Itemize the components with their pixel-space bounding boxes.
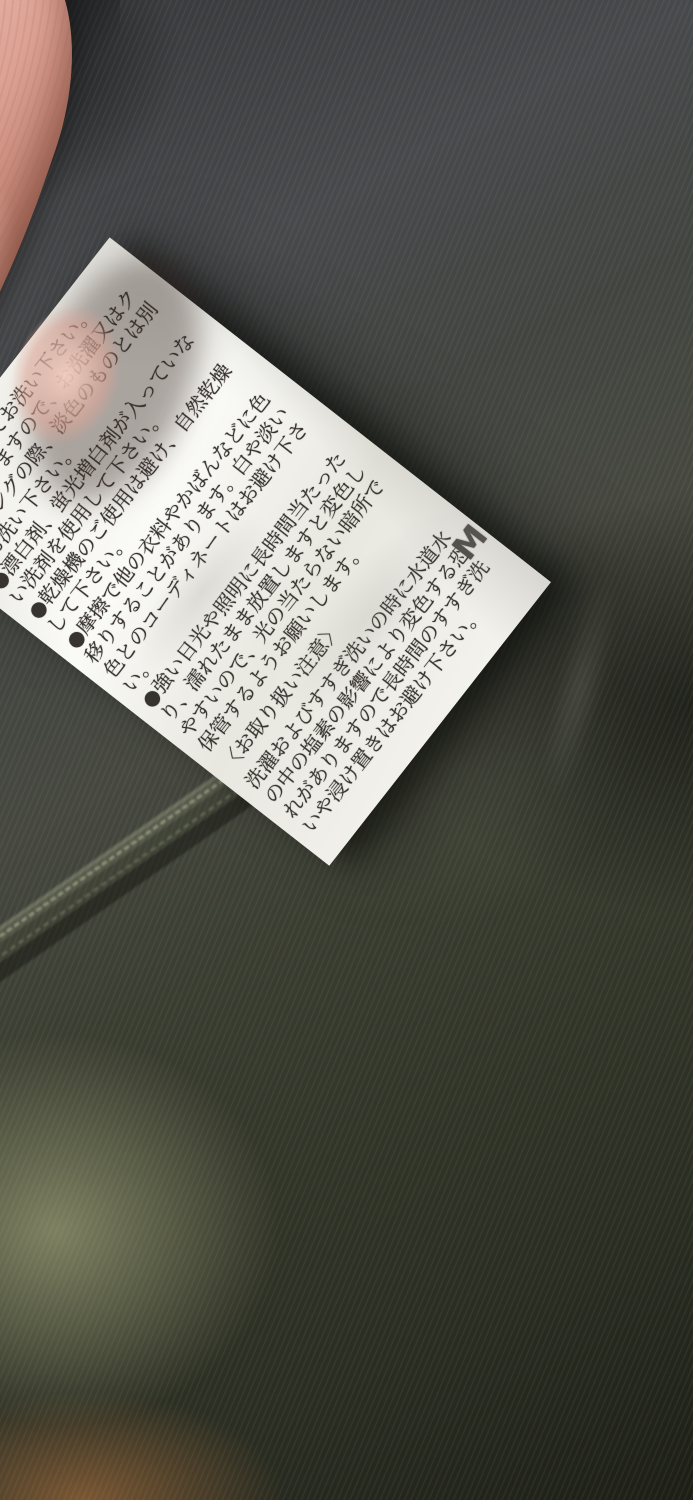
garment-photo: ●裏返しにしてお洗い下さい。●色落ちしますので、お洗濯又はクリーニングの際、淡色… (0, 0, 693, 1500)
